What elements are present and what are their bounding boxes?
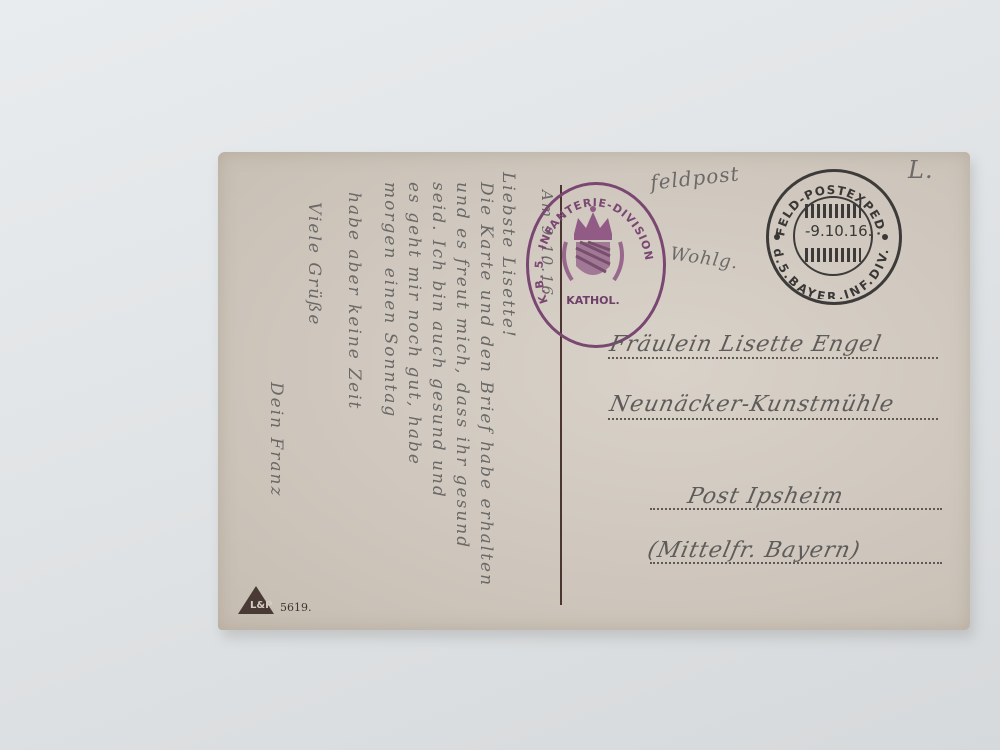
publisher-logo-text: L&P	[250, 600, 272, 611]
message-line: Liebste Lisette!	[498, 172, 518, 339]
message-line: es geht mir noch gut, habe	[404, 182, 424, 466]
postmark-date: -9.10.16.	[805, 222, 865, 240]
corner-mark: L.	[908, 156, 934, 184]
sender-note: Wohlg.	[669, 243, 740, 273]
address-line-post: Post Ipsheim	[685, 484, 846, 509]
card-number: 5619.	[280, 601, 312, 614]
message-line: Die Karte und den Brief habe erhalten	[476, 182, 496, 587]
postmark-inner-ring: -9.10.16.	[793, 196, 873, 276]
message-line: morgen einen Sonntag	[380, 182, 400, 418]
message-line: seid. Ich bin auch gesund und	[428, 182, 448, 499]
message-line: Viele Grüße	[304, 202, 324, 326]
address-line-recipient: Fräulein Lisette Engel	[607, 332, 884, 357]
feldpost-postmark: FELD-POSTEXPED. d.5.BAYER.INF.DIV. -9.10…	[766, 169, 902, 305]
message-signature: Dein Franz	[266, 382, 286, 497]
message-line: habe aber keine Zeit	[344, 192, 364, 410]
address-dotted-line	[650, 562, 942, 564]
postcard: Am 9.10.16. Liebste Lisette! Die Karte u…	[218, 152, 970, 630]
address-line-region: (Mittelfr. Bayern)	[645, 538, 862, 563]
address-dotted-line	[650, 508, 942, 510]
bavarian-shield-icon	[576, 242, 610, 275]
seal-center-text: KATHOL.	[566, 294, 619, 307]
feldpost-label: feldpost	[649, 161, 741, 194]
address-dotted-line	[608, 357, 938, 359]
address-dotted-line	[608, 418, 938, 420]
message-line: und es freut mich, dass ihr gesund	[452, 182, 472, 549]
address-line-place: Neunäcker-Kunstmühle	[607, 392, 896, 417]
unit-seal-stamp: K.B. 5. INFANTERIE-DIVISION KATHOL.	[526, 182, 666, 348]
